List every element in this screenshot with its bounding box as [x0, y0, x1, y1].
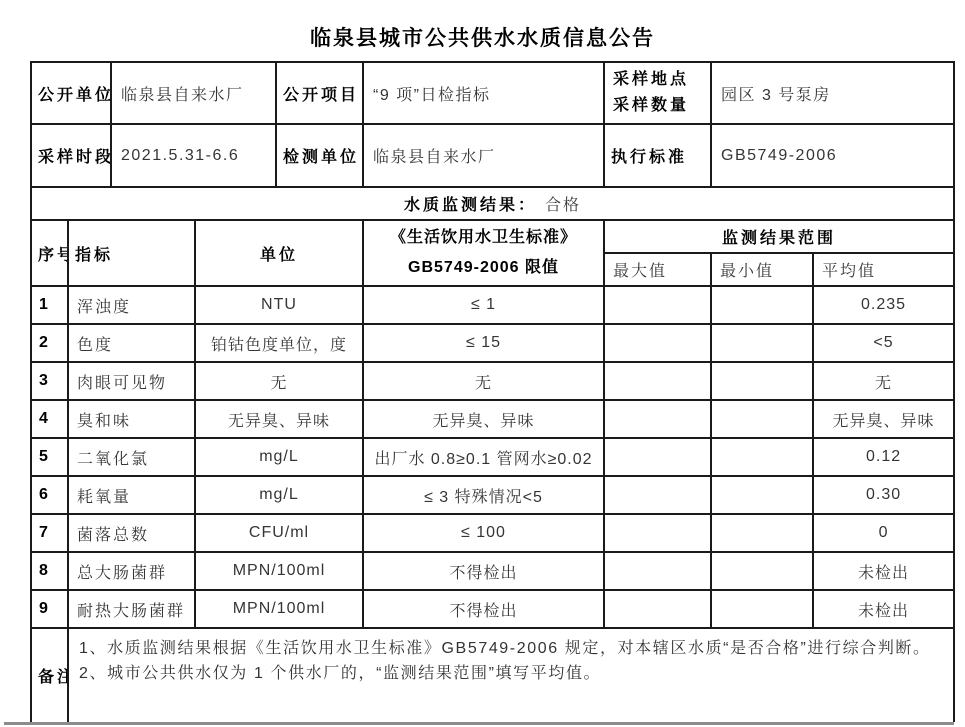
row-avg: 无异臭、异味 [813, 400, 954, 438]
row-avg: 未检出 [813, 590, 954, 628]
test-unit-value: 临泉县自来水厂 [363, 124, 604, 186]
row-no: 4 [31, 400, 68, 438]
row-unit: NTU [195, 286, 363, 324]
row-unit: mg/L [195, 438, 363, 476]
row-max [604, 590, 711, 628]
row-max [604, 514, 711, 552]
row-indicator: 臭和味 [68, 400, 195, 438]
col-header-indicator: 指标 [68, 220, 195, 286]
remarks-row: 备注 1、水质监测结果根据《生活饮用水卫生标准》GB5749-2006 规定，对… [31, 628, 954, 722]
row-indicator: 耗氧量 [68, 476, 195, 514]
row-indicator: 耐热大肠菌群 [68, 590, 195, 628]
announcement-table: 公开单位 临泉县自来水厂 公开项目 “9 项”日检指标 采样地点 采样数量 园区… [30, 61, 953, 725]
overall-result-value: 合格 [545, 197, 581, 214]
row-max [604, 362, 711, 400]
row-indicator: 二氧化氯 [68, 438, 195, 476]
open-unit-value: 临泉县自来水厂 [111, 62, 276, 124]
row-indicator: 总大肠菌群 [68, 552, 195, 590]
col-header-unit: 单位 [195, 220, 363, 286]
row-unit: 无异臭、异味 [195, 400, 363, 438]
row-no: 1 [31, 286, 68, 324]
page-title: 临泉县城市公共供水水质信息公告 [0, 0, 965, 61]
col-header-avg: 平均值 [813, 253, 954, 286]
row-min [711, 552, 813, 590]
table-row: 3 肉眼可见物 无 无 无 [31, 362, 954, 400]
row-no: 6 [31, 476, 68, 514]
remark-note-2: 2、城市公共供水仅为 1 个供水厂的，“监测结果范围”填写平均值。 [79, 661, 947, 686]
header-row-1: 序号 指标 单位 《生活饮用水卫生标准》 GB5749-2006 限值 监测结果… [31, 220, 954, 253]
table-row: 8 总大肠菌群 MPN/100ml 不得检出 未检出 [31, 552, 954, 590]
row-no: 2 [31, 324, 68, 362]
col-header-no: 序号 [31, 220, 68, 286]
page-bottom-edge [4, 722, 954, 725]
row-limit: 不得检出 [363, 552, 604, 590]
sample-site-label-line1: 采样地点 [605, 67, 710, 93]
table-row: 4 臭和味 无异臭、异味 无异臭、异味 无异臭、异味 [31, 400, 954, 438]
table-row: 9 耐热大肠菌群 MPN/100ml 不得检出 未检出 [31, 590, 954, 628]
row-no: 5 [31, 438, 68, 476]
info-row-1: 公开单位 临泉县自来水厂 公开项目 “9 项”日检指标 采样地点 采样数量 园区… [31, 62, 954, 124]
row-limit: 无异臭、异味 [363, 400, 604, 438]
row-avg: 0.12 [813, 438, 954, 476]
row-indicator: 肉眼可见物 [68, 362, 195, 400]
overall-result-label: 水质监测结果： [404, 197, 537, 214]
row-limit: 出厂水 0.8≥0.1 管网水≥0.02 [363, 438, 604, 476]
overall-result-row: 水质监测结果：合格 [31, 187, 954, 220]
table-row: 7 菌落总数 CFU/ml ≤ 100 0 [31, 514, 954, 552]
row-limit: ≤ 1 [363, 286, 604, 324]
row-min [711, 590, 813, 628]
col-header-limit-line2: GB5749-2006 限值 [364, 253, 603, 283]
row-indicator: 色度 [68, 324, 195, 362]
row-min [711, 286, 813, 324]
sample-site-value: 园区 3 号泵房 [711, 62, 954, 124]
row-avg: 0.30 [813, 476, 954, 514]
results-table: 水质监测结果：合格 序号 指标 单位 《生活饮用水卫生标准》 GB5749-20… [30, 186, 955, 722]
row-avg: 未检出 [813, 552, 954, 590]
row-max [604, 324, 711, 362]
row-min [711, 324, 813, 362]
row-unit: 铂钴色度单位，度 [195, 324, 363, 362]
overall-result-cell: 水质监测结果：合格 [31, 187, 954, 220]
row-indicator: 浑浊度 [68, 286, 195, 324]
row-max [604, 476, 711, 514]
row-no: 3 [31, 362, 68, 400]
row-max [604, 552, 711, 590]
row-min [711, 400, 813, 438]
table-row: 2 色度 铂钴色度单位，度 ≤ 15 <5 [31, 324, 954, 362]
row-avg: 0.235 [813, 286, 954, 324]
table-row: 6 耗氧量 mg/L ≤ 3 特殊情况<5 0.30 [31, 476, 954, 514]
info-table: 公开单位 临泉县自来水厂 公开项目 “9 项”日检指标 采样地点 采样数量 园区… [30, 61, 955, 186]
row-no: 7 [31, 514, 68, 552]
row-max [604, 286, 711, 324]
row-limit: ≤ 100 [363, 514, 604, 552]
row-unit: mg/L [195, 476, 363, 514]
table-row: 5 二氧化氯 mg/L 出厂水 0.8≥0.1 管网水≥0.02 0.12 [31, 438, 954, 476]
row-avg: 无 [813, 362, 954, 400]
open-item-value: “9 项”日检指标 [363, 62, 604, 124]
remark-note-1: 1、水质监测结果根据《生活饮用水卫生标准》GB5749-2006 规定，对本辖区… [79, 636, 947, 661]
remarks-content: 1、水质监测结果根据《生活饮用水卫生标准》GB5749-2006 规定，对本辖区… [68, 628, 954, 722]
row-avg: 0 [813, 514, 954, 552]
row-unit: MPN/100ml [195, 552, 363, 590]
row-unit: 无 [195, 362, 363, 400]
sample-site-label: 采样地点 采样数量 [604, 62, 711, 124]
standard-value: GB5749-2006 [711, 124, 954, 186]
row-min [711, 362, 813, 400]
table-row: 1 浑浊度 NTU ≤ 1 0.235 [31, 286, 954, 324]
row-max [604, 438, 711, 476]
announcement-page: 临泉县城市公共供水水质信息公告 公开单位 临泉县自来水厂 公开项目 “9 项”日… [0, 0, 965, 727]
row-no: 9 [31, 590, 68, 628]
row-min [711, 514, 813, 552]
remarks-label: 备注 [31, 628, 68, 722]
standard-label: 执行标准 [604, 124, 711, 186]
row-limit: ≤ 15 [363, 324, 604, 362]
info-row-2: 采样时段 2021.5.31-6.6 检测单位 临泉县自来水厂 执行标准 GB5… [31, 124, 954, 186]
row-avg: <5 [813, 324, 954, 362]
open-item-label: 公开项目 [276, 62, 363, 124]
sample-period-label: 采样时段 [31, 124, 111, 186]
row-limit: 无 [363, 362, 604, 400]
col-header-min: 最小值 [711, 253, 813, 286]
row-unit: MPN/100ml [195, 590, 363, 628]
row-limit: ≤ 3 特殊情况<5 [363, 476, 604, 514]
row-min [711, 438, 813, 476]
open-unit-label: 公开单位 [31, 62, 111, 124]
sample-period-value: 2021.5.31-6.6 [111, 124, 276, 186]
col-header-limit: 《生活饮用水卫生标准》 GB5749-2006 限值 [363, 220, 604, 286]
row-max [604, 400, 711, 438]
test-unit-label: 检测单位 [276, 124, 363, 186]
row-no: 8 [31, 552, 68, 590]
col-header-max: 最大值 [604, 253, 711, 286]
col-header-limit-line1: 《生活饮用水卫生标准》 [364, 223, 603, 253]
row-indicator: 菌落总数 [68, 514, 195, 552]
col-header-range: 监测结果范围 [604, 220, 954, 253]
row-unit: CFU/ml [195, 514, 363, 552]
row-min [711, 476, 813, 514]
row-limit: 不得检出 [363, 590, 604, 628]
sample-site-label-line2: 采样数量 [605, 93, 710, 119]
